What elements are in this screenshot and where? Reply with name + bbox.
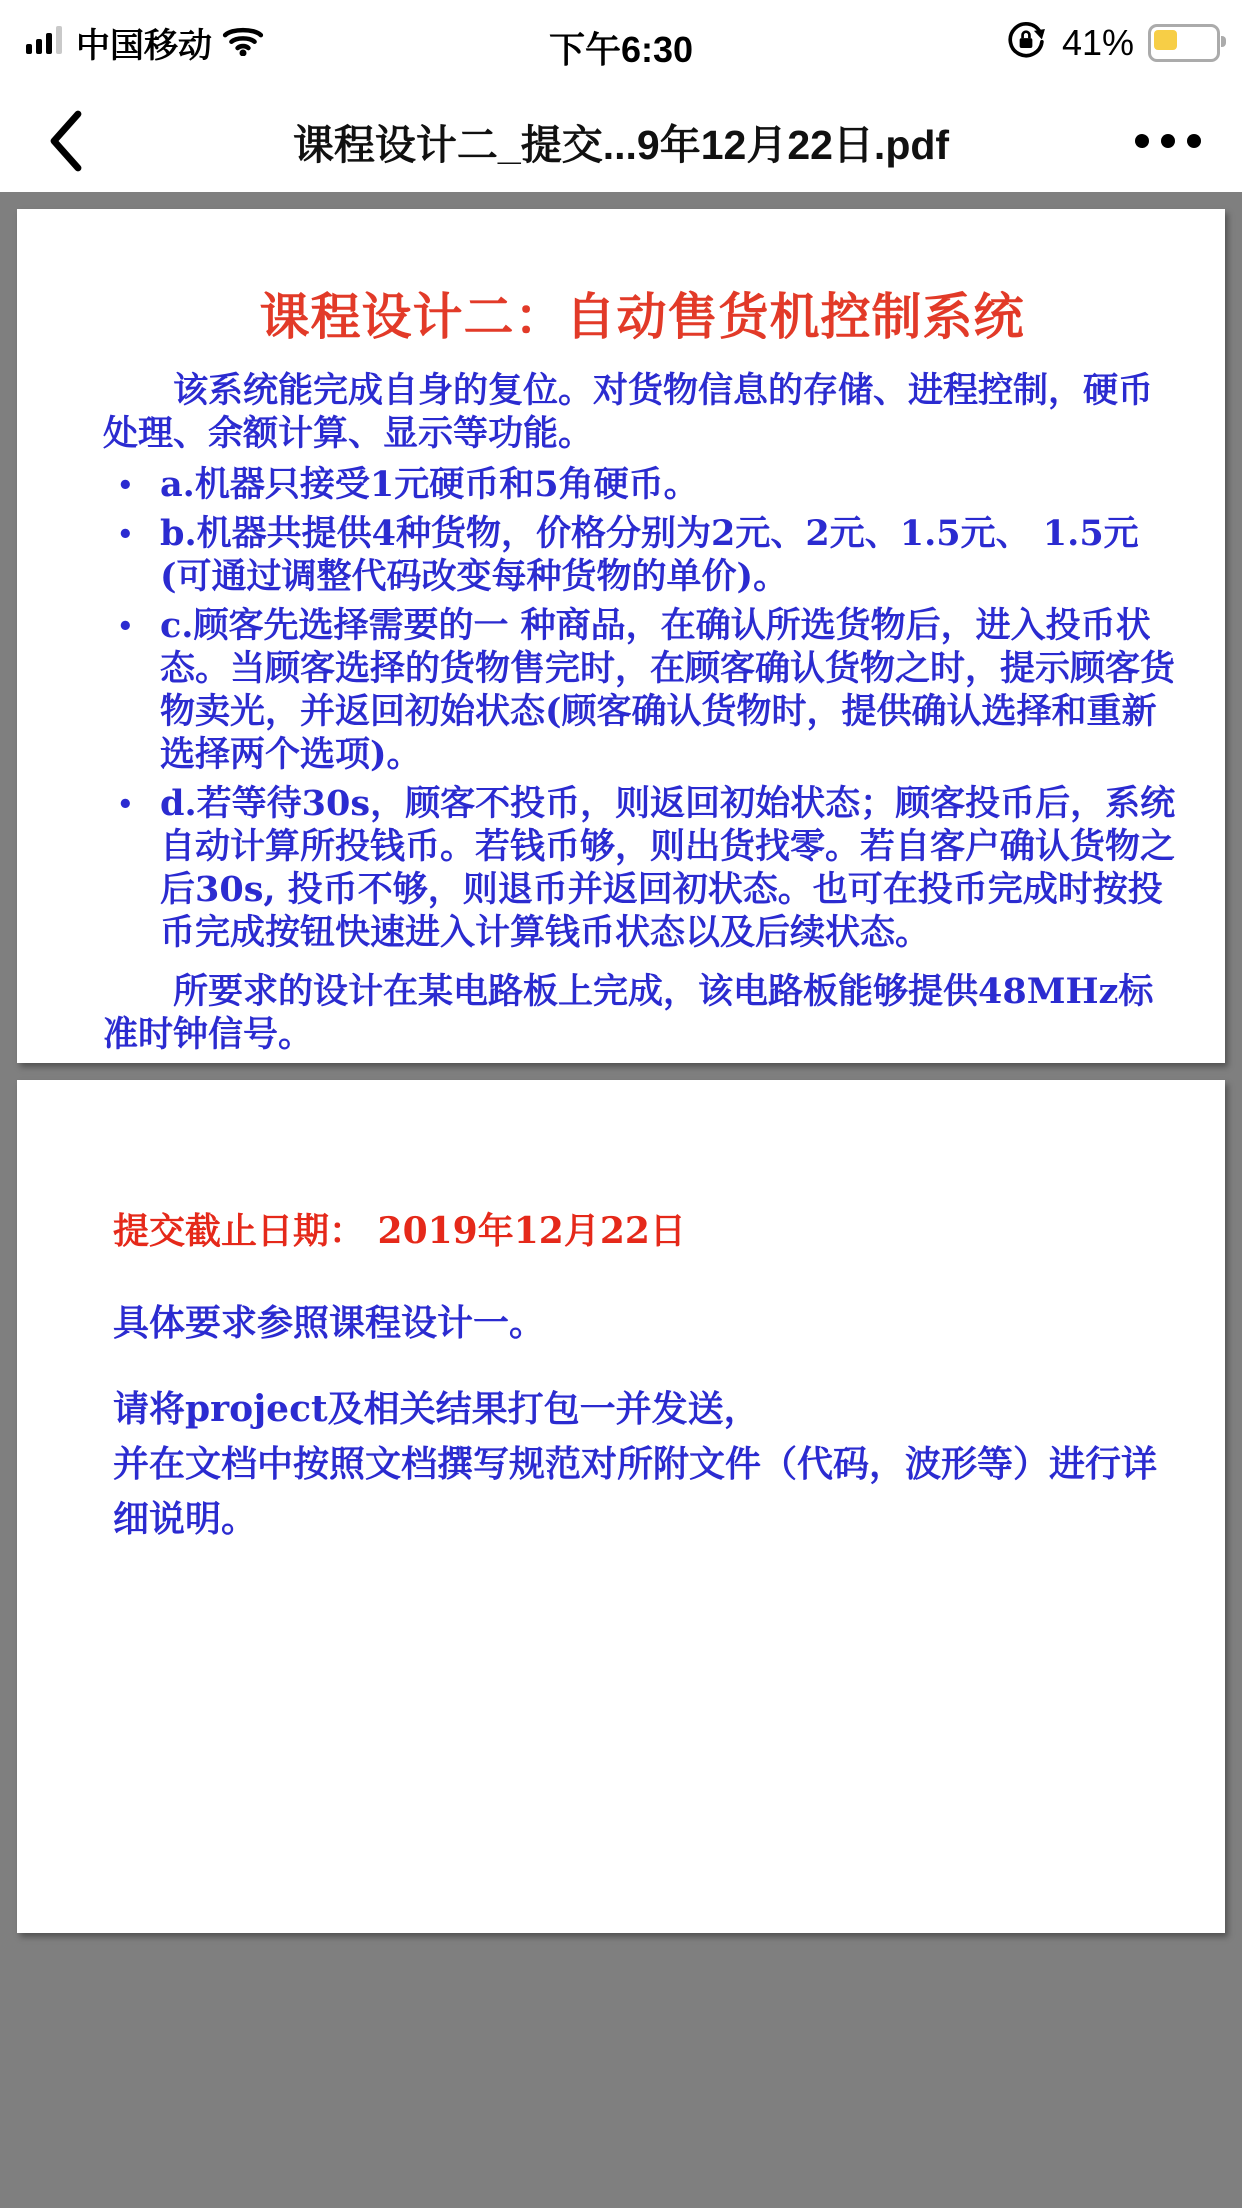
battery-icon bbox=[1148, 24, 1220, 62]
list-item-text: b.机器共提供4种货物，价格分别为2元、2元、1.5元、 1.5元 (可通过调整… bbox=[160, 513, 1139, 597]
pdf-scroll-area[interactable]: 课程设计二：自动售货机控制系统 该系统能完成自身的复位。对货物信息的存储、进程控… bbox=[0, 192, 1242, 2208]
battery-fill bbox=[1154, 30, 1177, 50]
requirement-list: • a.机器只接受1元硬币和5角硬币。 • b.机器共提供4种货物，价格分别为2… bbox=[103, 463, 1181, 954]
page1-title: 课程设计二：自动售货机控制系统 bbox=[103, 209, 1181, 345]
list-item-text: a.机器只接受1元硬币和5角硬币。 bbox=[160, 464, 699, 505]
more-button[interactable] bbox=[1128, 110, 1208, 174]
list-item-text: c.顾客先选择需要的一 种商品，在确认所选货物后，进入投币状态。当顾客选择的货物… bbox=[160, 605, 1175, 775]
status-right: 41% bbox=[1004, 18, 1220, 67]
back-button[interactable] bbox=[36, 110, 96, 174]
more-ellipsis-icon bbox=[1130, 139, 1206, 154]
phone-screen: 中国移动 下午6:30 bbox=[0, 0, 1242, 2208]
battery-percent-label: 41% bbox=[1062, 22, 1134, 64]
list-item: • c.顾客先选择需要的一 种商品，在确认所选货物后，进入投币状态。当顾客选择的… bbox=[103, 604, 1181, 776]
page1-closing: 所要求的设计在某电路板上完成，该电路板能够提供48MHz标准时钟信号。 bbox=[103, 970, 1181, 1056]
bullet-icon: • bbox=[117, 784, 134, 827]
bullet-icon: • bbox=[117, 465, 134, 508]
pdf-page-2: 提交截止日期： 2019年12月22日 具体要求参照课程设计一。 请将proje… bbox=[17, 1080, 1225, 1933]
send-line-1: 请将project及相关结果打包一并发送， bbox=[113, 1382, 1175, 1437]
nav-bar: 课程设计二_提交...9年12月22日.pdf bbox=[0, 92, 1242, 192]
reference-line: 具体要求参照课程设计一。 bbox=[113, 1298, 1175, 1348]
list-item-text: d.若等待30s，顾客不投币，则返回初始状态；顾客投币后，系统自动计算所投钱币。… bbox=[160, 783, 1175, 953]
status-bar: 中国移动 下午6:30 bbox=[0, 0, 1242, 92]
document-title: 课程设计二_提交...9年12月22日.pdf bbox=[110, 112, 1132, 171]
pdf-page-1: 课程设计二：自动售货机控制系统 该系统能完成自身的复位。对货物信息的存储、进程控… bbox=[17, 209, 1225, 1063]
page1-intro: 该系统能完成自身的复位。对货物信息的存储、进程控制，硬币处理、余额计算、显示等功… bbox=[103, 369, 1181, 455]
list-item: • b.机器共提供4种货物，价格分别为2元、2元、1.5元、 1.5元 (可通过… bbox=[103, 512, 1181, 598]
bullet-icon: • bbox=[117, 514, 134, 557]
send-line-2: 并在文档中按照文档撰写规范对所附文件（代码，波形等）进行详细说明。 bbox=[113, 1437, 1175, 1547]
battery-cap bbox=[1221, 36, 1226, 47]
header: 中国移动 下午6:30 bbox=[0, 0, 1242, 192]
bullet-icon: • bbox=[117, 606, 134, 649]
list-item: • d.若等待30s，顾客不投币，则返回初始状态；顾客投币后，系统自动计算所投钱… bbox=[103, 782, 1181, 954]
send-instructions: 请将project及相关结果打包一并发送， 并在文档中按照文档撰写规范对所附文件… bbox=[113, 1382, 1175, 1547]
back-chevron-icon bbox=[46, 160, 86, 175]
orientation-lock-icon bbox=[1004, 18, 1048, 67]
deadline-heading: 提交截止日期： 2019年12月22日 bbox=[113, 1080, 1175, 1256]
list-item: • a.机器只接受1元硬币和5角硬币。 bbox=[103, 463, 1181, 506]
